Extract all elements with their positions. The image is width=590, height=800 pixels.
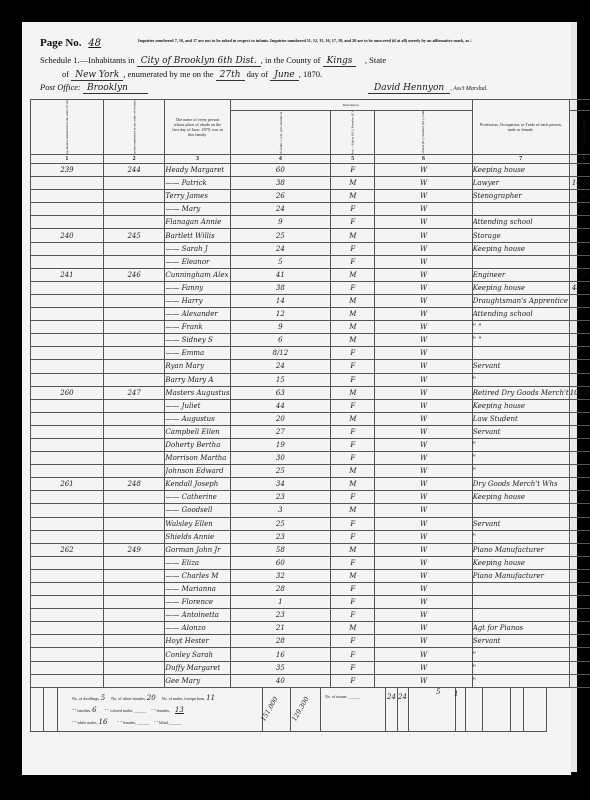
cell-sex: M [331, 478, 375, 491]
cell-occupation: " [472, 452, 569, 465]
cell-occupation: Attending school [472, 308, 569, 321]
cell-age: 40 [230, 674, 331, 687]
cell-real [569, 622, 590, 635]
cell-family: 244 [103, 164, 165, 177]
table-row: Hoyt Hester28FWServant✓Ireland//37 [31, 635, 590, 648]
col-header-5: Sex.—Males (M.), Females (F.) [331, 111, 375, 155]
of-label: of [62, 69, 69, 79]
cell-occupation: Agt for Pianos [472, 622, 569, 635]
cell-age: 34 [230, 478, 331, 491]
cell-family [103, 530, 165, 543]
cell-real [569, 648, 590, 661]
cell-dwelling [31, 556, 104, 569]
summary-divider [465, 688, 466, 731]
cell-name: Kendall Joseph [165, 478, 230, 491]
cell-occupation [472, 347, 569, 360]
cell-color: W [375, 517, 472, 530]
cell-name: —— Charles M [165, 569, 230, 582]
cell-occupation [472, 596, 569, 609]
table-row: Morrison Martha30FW"✓"//23 [31, 452, 590, 465]
cell-name: —— Fanny [165, 281, 230, 294]
cell-age: 23 [230, 530, 331, 543]
cell-name: Hoyt Hester [165, 635, 230, 648]
table-row: —— Charles M32MWPiano Manufacturer15,000… [31, 569, 590, 582]
cell-real [569, 334, 590, 347]
cell-age: 32 [230, 569, 331, 582]
cell-color: W [375, 216, 472, 229]
cell-occupation: " [472, 373, 569, 386]
cell-family [103, 569, 165, 582]
cell-age: 3 [230, 504, 331, 517]
cell-real [569, 294, 590, 307]
census-rows: 239244Heady Margaret60FWKeeping house✓Ir… [31, 164, 590, 688]
cell-color: W [375, 569, 472, 582]
cell-age: 26 [230, 190, 331, 203]
cell-real [569, 635, 590, 648]
cell-age: 8/12 [230, 347, 331, 360]
cell-sex: F [331, 399, 375, 412]
cell-name: Doherty Bertha [165, 438, 230, 451]
cell-name: —— Alonzo [165, 622, 230, 635]
cell-family [103, 452, 165, 465]
cell-sex: M [331, 229, 375, 242]
cell-sex: F [331, 609, 375, 622]
cell-occupation: " " [472, 321, 569, 334]
summary-line-2: " " families, 6 " " colored males, _____… [72, 706, 184, 714]
table-row: Walsley Ellen25FWServant✓Ireland//28 [31, 517, 590, 530]
cell-sex: M [331, 543, 375, 556]
cell-name: Barry Mary A [165, 373, 230, 386]
cell-age: 58 [230, 543, 331, 556]
cell-dwelling [31, 596, 104, 609]
cell-dwelling: 261 [31, 478, 104, 491]
cell-occupation: Servant [472, 635, 569, 648]
cell-occupation [472, 609, 569, 622]
column-number: 2 [103, 155, 165, 164]
cell-color: W [375, 268, 472, 281]
cell-occupation [472, 583, 569, 596]
cell-dwelling [31, 412, 104, 425]
table-row: —— Marianna28FWMass33 [31, 583, 590, 596]
marshal-line: David Hennyon, Ass't Marshal. [368, 82, 488, 93]
females-foreign-count: 13 [175, 706, 184, 714]
table-row: —— Augustus20MWLaw StudentNew York/20 [31, 412, 590, 425]
cell-color: W [375, 242, 472, 255]
cell-dwelling [31, 635, 104, 648]
post-office-field: Brooklyn [83, 83, 148, 94]
cell-age: 25 [230, 229, 331, 242]
cell-color: W [375, 321, 472, 334]
cell-real [569, 255, 590, 268]
cell-sex: F [331, 530, 375, 543]
column-number: 6 [375, 155, 472, 164]
table-row: —— Alonzo21MWAgt for Pianos" "/36 [31, 622, 590, 635]
table-row: —— Patrick38MWLawyer10,000500"///2 [31, 177, 590, 190]
column-number-row: 1234567891011121314151617181920 [31, 155, 590, 164]
enumerated-label: , enumerated by me on the [123, 69, 213, 79]
table-row: —— Frank9MW" "" "///13 [31, 321, 590, 334]
cell-age: 16 [230, 648, 331, 661]
cell-family [103, 216, 165, 229]
cell-name: —— Patrick [165, 177, 230, 190]
cell-occupation: Keeping house [472, 281, 569, 294]
cell-age: 38 [230, 177, 331, 190]
cell-occupation: Attending school [472, 216, 569, 229]
cell-age: 24 [230, 360, 331, 373]
cell-dwelling [31, 504, 104, 517]
cell-color: W [375, 399, 472, 412]
table-row: —— Juliet44FWKeeping houseVirginia19 [31, 399, 590, 412]
cell-occupation: Keeping house [472, 491, 569, 504]
cell-occupation: " [472, 648, 569, 661]
cell-occupation: Stenographer [472, 190, 569, 203]
cell-real [569, 216, 590, 229]
cell-dwelling [31, 609, 104, 622]
cell-age: 5 [230, 255, 331, 268]
cell-family [103, 294, 165, 307]
cell-sex: M [331, 190, 375, 203]
cell-occupation: Keeping house [472, 242, 569, 255]
cell-name: —— Juliet [165, 399, 230, 412]
cell-dwelling [31, 177, 104, 190]
cell-family [103, 203, 165, 216]
table-row: Barry Mary A15FW"✓"//17 [31, 373, 590, 386]
table-row: 261248Kendall Joseph34MWDry Goods Merch'… [31, 478, 590, 491]
cell-family [103, 517, 165, 530]
col-header-7: Profession, Occupation, or Trade of each… [472, 100, 569, 155]
cell-real [569, 373, 590, 386]
table-row: —— Alexander12MWAttending school" "///12 [31, 308, 590, 321]
cell-occupation: Keeping house [472, 399, 569, 412]
cell-occupation: " [472, 674, 569, 687]
cell-name: Johnson Edward [165, 465, 230, 478]
cell-family [103, 242, 165, 255]
cell-family: 245 [103, 229, 165, 242]
cell-family: 247 [103, 386, 165, 399]
cell-family: 246 [103, 268, 165, 281]
cell-real [569, 203, 590, 216]
table-row: Terry James26MWStenographer✓"//23 [31, 190, 590, 203]
cell-dwelling [31, 281, 104, 294]
cell-family [103, 596, 165, 609]
cell-name: —— Harry [165, 294, 230, 307]
summary-divider [385, 688, 386, 731]
cell-name: Walsley Ellen [165, 517, 230, 530]
cell-color: W [375, 556, 472, 569]
cell-real [569, 229, 590, 242]
column-number: 5 [331, 155, 375, 164]
cell-occupation: Piano Manufacturer [472, 569, 569, 582]
cell-occupation: Storage [472, 229, 569, 242]
cell-real [569, 478, 590, 491]
cell-occupation: Law Student [472, 412, 569, 425]
cell-name: —— Catherine [165, 491, 230, 504]
cell-dwelling [31, 491, 104, 504]
cell-color: W [375, 543, 472, 556]
cell-real: ✓ [569, 268, 590, 281]
cell-color: W [375, 229, 472, 242]
table-row: Campbell Ellen27FWServant✓Ireland///21 [31, 425, 590, 438]
cell-age: 44 [230, 399, 331, 412]
table-row: 240245Bartlett Willis25MWStorage500Rhode… [31, 229, 590, 242]
table-row: —— Eleanor5FWConn8 [31, 255, 590, 268]
cell-name: —— Antoinetta [165, 609, 230, 622]
cell-family [103, 635, 165, 648]
cell-age: 60 [230, 164, 331, 177]
cell-occupation [472, 255, 569, 268]
cell-sex: M [331, 412, 375, 425]
cell-color: W [375, 177, 472, 190]
cell-family [103, 412, 165, 425]
cell-age: 28 [230, 583, 331, 596]
column-number: 1 [31, 155, 104, 164]
cell-dwelling [31, 360, 104, 373]
marshal-label: , Ass't Marshal. [450, 86, 488, 92]
cell-sex: M [331, 622, 375, 635]
cell-name: —— Marianna [165, 583, 230, 596]
cell-color: W [375, 203, 472, 216]
cell-dwelling: 262 [31, 543, 104, 556]
cell-sex: F [331, 674, 375, 687]
cell-sex: M [331, 334, 375, 347]
cell-sex: M [331, 268, 375, 281]
summary-divider [510, 688, 511, 731]
cell-name: —— Sarah J [165, 242, 230, 255]
table-row: —— Eliza60FWKeeping houseMass.31 [31, 556, 590, 569]
cell-age: 63 [230, 386, 331, 399]
cell-color: W [375, 478, 472, 491]
cell-name: Masters Augustus [165, 386, 230, 399]
cell-age: 24 [230, 242, 331, 255]
cell-age: 38 [230, 281, 331, 294]
cell-family [103, 177, 165, 190]
col-header-2: Families numbered in the order of visita… [103, 100, 165, 155]
cell-dwelling [31, 438, 104, 451]
cell-color: W [375, 308, 472, 321]
cell-sex: F [331, 164, 375, 177]
cell-age: 35 [230, 661, 331, 674]
cell-sex: F [331, 373, 375, 386]
cell-sex: F [331, 491, 375, 504]
cell-color: W [375, 360, 472, 373]
cell-real [569, 583, 590, 596]
cell-real: 10,000 [569, 177, 590, 190]
cell-real [569, 504, 590, 517]
cell-sex: M [331, 308, 375, 321]
cell-dwelling [31, 648, 104, 661]
cell-occupation [472, 203, 569, 216]
cell-name: —— Eliza [165, 556, 230, 569]
cell-dwelling [31, 216, 104, 229]
cell-real [569, 609, 590, 622]
cell-sex: F [331, 425, 375, 438]
cell-age: 20 [230, 412, 331, 425]
cell-sex: F [331, 360, 375, 373]
cell-age: 15 [230, 373, 331, 386]
cell-age: 23 [230, 609, 331, 622]
cell-family: 249 [103, 543, 165, 556]
cell-real [569, 321, 590, 334]
cell-sex: M [331, 504, 375, 517]
table-row: —— Sarah J24FWKeeping house" "7 [31, 242, 590, 255]
cell-family [103, 399, 165, 412]
cell-family [103, 425, 165, 438]
cell-dwelling: 260 [31, 386, 104, 399]
cell-occupation: " [472, 465, 569, 478]
cell-dwelling [31, 622, 104, 635]
cell-color: W [375, 294, 472, 307]
cell-family [103, 622, 165, 635]
table-row: —— Harry14MWDraughtsman's ApprenticeNew … [31, 294, 590, 307]
cell-sex: F [331, 216, 375, 229]
cell-occupation: Servant [472, 517, 569, 530]
cell-name: Morrison Martha [165, 452, 230, 465]
state-field: New York [71, 70, 123, 81]
cell-real [569, 438, 590, 451]
cell-color: W [375, 281, 472, 294]
table-row: Flanagan Annie9FWAttending schoolNew Yor… [31, 216, 590, 229]
instructions-note: Inquiries numbered 7, 16, and 17 are not… [138, 38, 558, 43]
cell-name: Gee Mary [165, 674, 230, 687]
cell-sex: F [331, 635, 375, 648]
cell-color: W [375, 465, 472, 478]
marshal-name: David Hennyon [368, 83, 450, 94]
cell-occupation: Keeping house [472, 556, 569, 569]
cell-occupation: Servant [472, 425, 569, 438]
cell-real [569, 556, 590, 569]
cell-family [103, 190, 165, 203]
cell-name: Shields Annie [165, 530, 230, 543]
page-number: Page No. 48 [40, 37, 101, 49]
cell-sex: M [331, 321, 375, 334]
cell-name: Heady Margaret [165, 164, 230, 177]
cell-color: W [375, 190, 472, 203]
cell-sex: F [331, 347, 375, 360]
cell-name: —— Augustus [165, 412, 230, 425]
table-row: —— Florence1FWNew York34 [31, 596, 590, 609]
cell-name: —— Emma [165, 347, 230, 360]
cell-age: 25 [230, 517, 331, 530]
cell-real [569, 465, 590, 478]
table-row: Ryan Mary24FWServant✓Ireland//16 [31, 360, 590, 373]
col-header-4: Age at last birth-day. If under 1 year, … [230, 111, 331, 155]
cell-family [103, 609, 165, 622]
cell-dwelling [31, 530, 104, 543]
col-header-3: The name of every person whose place of … [165, 100, 230, 155]
cell-family [103, 347, 165, 360]
cell-color: W [375, 674, 472, 687]
insane-line: No. of insane, ______ [325, 694, 360, 699]
cell-color: W [375, 164, 472, 177]
cell-real [569, 360, 590, 373]
cell-real [569, 517, 590, 530]
cell-real [569, 347, 590, 360]
post-office-label: Post Office: [40, 82, 81, 92]
cell-real: 48,000 [569, 281, 590, 294]
cell-sex: F [331, 281, 375, 294]
cell-color: W [375, 491, 472, 504]
cell-real [569, 412, 590, 425]
col-header-6: Color.—White (W.), Black (B.), Mulatto (… [375, 111, 472, 155]
cell-sex: F [331, 452, 375, 465]
cell-name: —— Frank [165, 321, 230, 334]
group-header-real-estate: Value of Real Estate owned. [569, 100, 590, 111]
cell-occupation: Retired Dry Goods Merch't [472, 386, 569, 399]
cell-age: 9 [230, 321, 331, 334]
cell-dwelling [31, 465, 104, 478]
summary-divider [482, 688, 483, 731]
cell-dwelling [31, 425, 104, 438]
page-number-value: 48 [88, 38, 101, 49]
enumeration-line: of New York, enumerated by me on the 27t… [62, 69, 322, 80]
cell-sex: M [331, 465, 375, 478]
schedule-label: Schedule 1.—Inhabitants in [40, 55, 135, 65]
cell-sex: F [331, 583, 375, 596]
cell-family [103, 334, 165, 347]
cell-name: Bartlett Willis [165, 229, 230, 242]
day-field: 27th [216, 70, 245, 81]
cell-occupation: " [472, 530, 569, 543]
cell-family [103, 360, 165, 373]
cell-occupation: Draughtsman's Apprentice [472, 294, 569, 307]
cell-occupation: Engineer [472, 268, 569, 281]
state-label: , State [365, 55, 386, 65]
cell-dwelling [31, 255, 104, 268]
cell-family [103, 504, 165, 517]
cell-age: 9 [230, 216, 331, 229]
table-row: —— Antoinetta23FW" "35 [31, 609, 590, 622]
column-number: 8 [569, 155, 590, 164]
cell-age: 41 [230, 268, 331, 281]
census-table: Dwelling-houses numbered in the order of… [30, 99, 590, 688]
cell-dwelling [31, 661, 104, 674]
year-label: , 1870. [299, 69, 322, 79]
cell-color: W [375, 648, 472, 661]
cell-color: W [375, 530, 472, 543]
summary-divider [262, 688, 263, 731]
post-office-line: Post Office: Brooklyn [40, 82, 148, 93]
cell-family [103, 491, 165, 504]
cell-occupation [472, 504, 569, 517]
cell-color: W [375, 386, 472, 399]
table-row: 239244Heady Margaret60FWKeeping house✓Ir… [31, 164, 590, 177]
place-field: City of Brooklyn 6th Dist. [137, 56, 261, 67]
table-row: 260247Masters Augustus63MWRetired Dry Go… [31, 386, 590, 399]
cell-family [103, 438, 165, 451]
cell-dwelling [31, 308, 104, 321]
cell-dwelling [31, 399, 104, 412]
cell-occupation: Keeping house [472, 164, 569, 177]
cell-dwelling [31, 347, 104, 360]
cell-family [103, 281, 165, 294]
cell-name: Duffy Margaret [165, 661, 230, 674]
males-foreign-count: 11 [206, 694, 215, 702]
cell-name: —— Eleanor [165, 255, 230, 268]
cell-dwelling [31, 452, 104, 465]
cell-real [569, 164, 590, 177]
day-of-label: day of [247, 69, 268, 79]
cell-real [569, 530, 590, 543]
cell-age: 60 [230, 556, 331, 569]
column-number: 3 [165, 155, 230, 164]
summary-line-3: " " white males, 16 " " females, ______ … [72, 718, 182, 726]
cell-age: 27 [230, 425, 331, 438]
father-total: 24 [387, 693, 396, 701]
cell-color: W [375, 609, 472, 622]
cell-age: 23 [230, 491, 331, 504]
cell-sex: F [331, 242, 375, 255]
cell-color: W [375, 373, 472, 386]
